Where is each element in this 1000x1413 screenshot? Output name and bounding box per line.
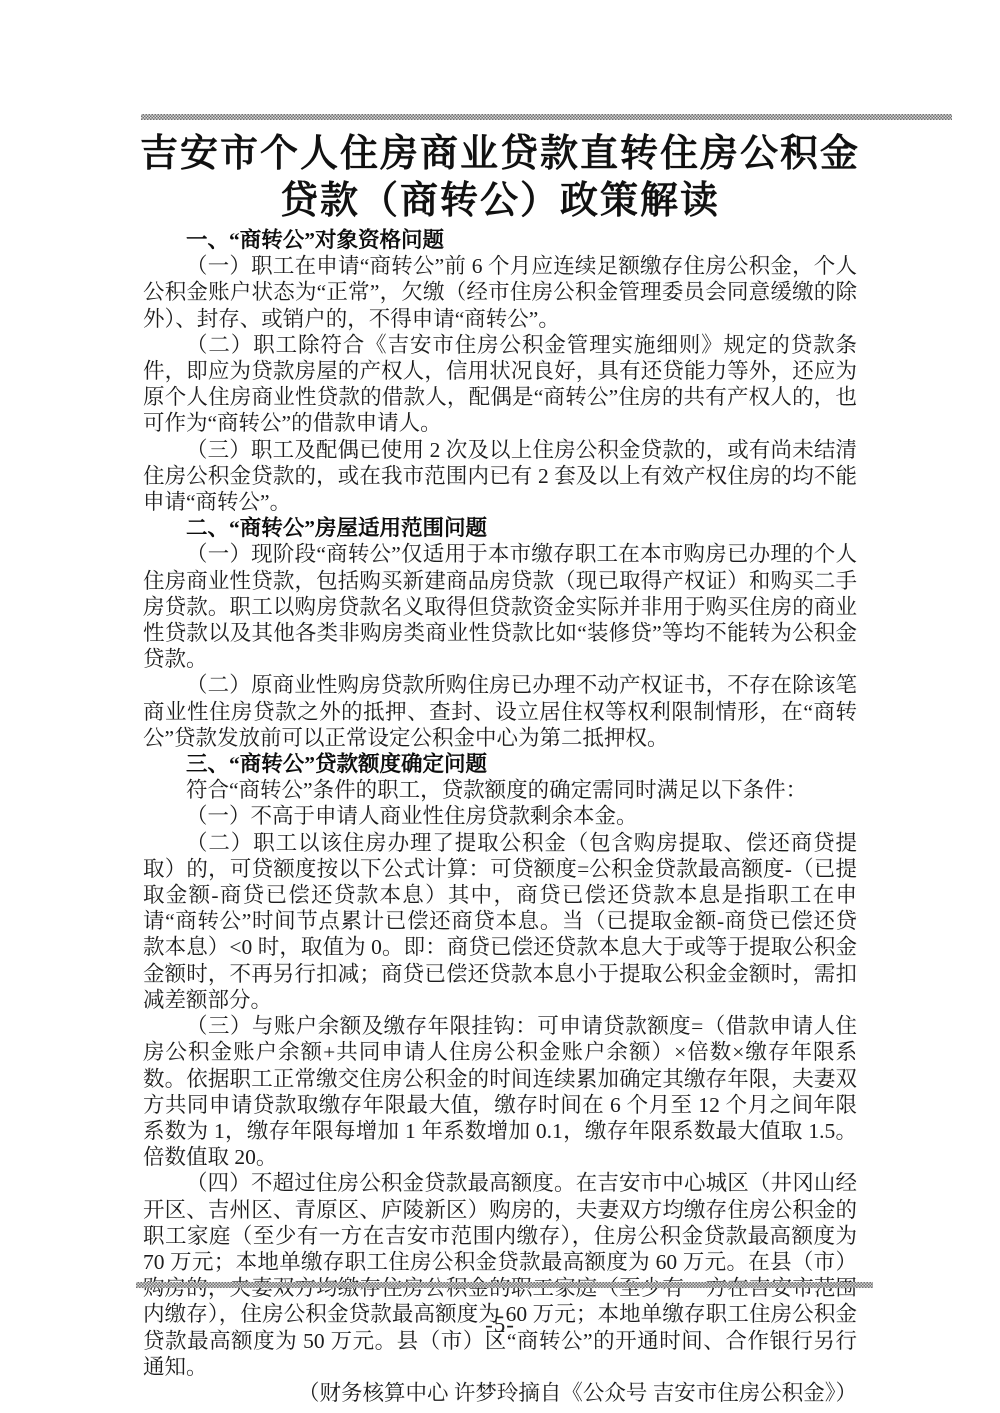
section-1-paragraph: （一）职工在申请“商转公”前 6 个月应连续足额缴存住房公积金，个人公积金账户状… [143, 253, 857, 332]
top-rule [141, 114, 952, 120]
section-1-paragraph: （二）职工除符合《吉安市住房公积金管理实施细则》规定的贷款条件，即应为贷款房屋的… [143, 332, 857, 437]
title-line-1: 吉安市个人住房商业贷款直转住房公积金 [0, 131, 1000, 178]
section-1-paragraph: （三）职工及配偶已使用 2 次及以上住房公积金贷款的，或有尚未结清住房公积金贷款… [143, 437, 857, 516]
bottom-rule [136, 1282, 873, 1288]
section-1-heading: 一、“商转公”对象资格问题 [143, 227, 857, 253]
section-3-paragraph: 符合“商转公”条件的职工，贷款额度的确定需同时满足以下条件： [143, 777, 857, 803]
section-2-paragraph: （一）现阶段“商转公”仅适用于本市缴存职工在本市购房已办理的个人住房商业性贷款，… [143, 541, 857, 672]
attribution-line: （财务核算中心 许梦玲摘自《公众号 吉安市住房公积金》） [143, 1380, 857, 1406]
title-line-2: 贷款（商转公）政策解读 [0, 178, 1000, 225]
page-title: 吉安市个人住房商业贷款直转住房公积金 贷款（商转公）政策解读 [0, 131, 1000, 225]
section-3-paragraph: （二）职工以该住房办理了提取公积金（包含购房提取、偿还商贷提取）的，可贷额度按以… [143, 830, 857, 1013]
page-number: -5- [0, 1312, 1000, 1338]
section-2-paragraph: （二）原商业性购房贷款所购住房已办理不动产权证书，不存在除该笔商业性住房贷款之外… [143, 672, 857, 751]
section-2-heading: 二、“商转公”房屋适用范围问题 [143, 515, 857, 541]
document-page: 吉安市个人住房商业贷款直转住房公积金 贷款（商转公）政策解读 一、“商转公”对象… [0, 0, 1000, 1413]
document-body: 一、“商转公”对象资格问题 （一）职工在申请“商转公”前 6 个月应连续足额缴存… [143, 227, 857, 1406]
section-3-paragraph: （一）不高于申请人商业性住房贷款剩余本金。 [143, 803, 857, 829]
section-3-heading: 三、“商转公”贷款额度确定问题 [143, 751, 857, 777]
section-3-paragraph: （三）与账户余额及缴存年限挂钩：可申请贷款额度=（借款申请人住房公积金账户余额+… [143, 1013, 857, 1170]
section-3-paragraph: （四）不超过住房公积金贷款最高额度。在吉安市中心城区（井冈山经开区、吉州区、青原… [143, 1170, 857, 1380]
